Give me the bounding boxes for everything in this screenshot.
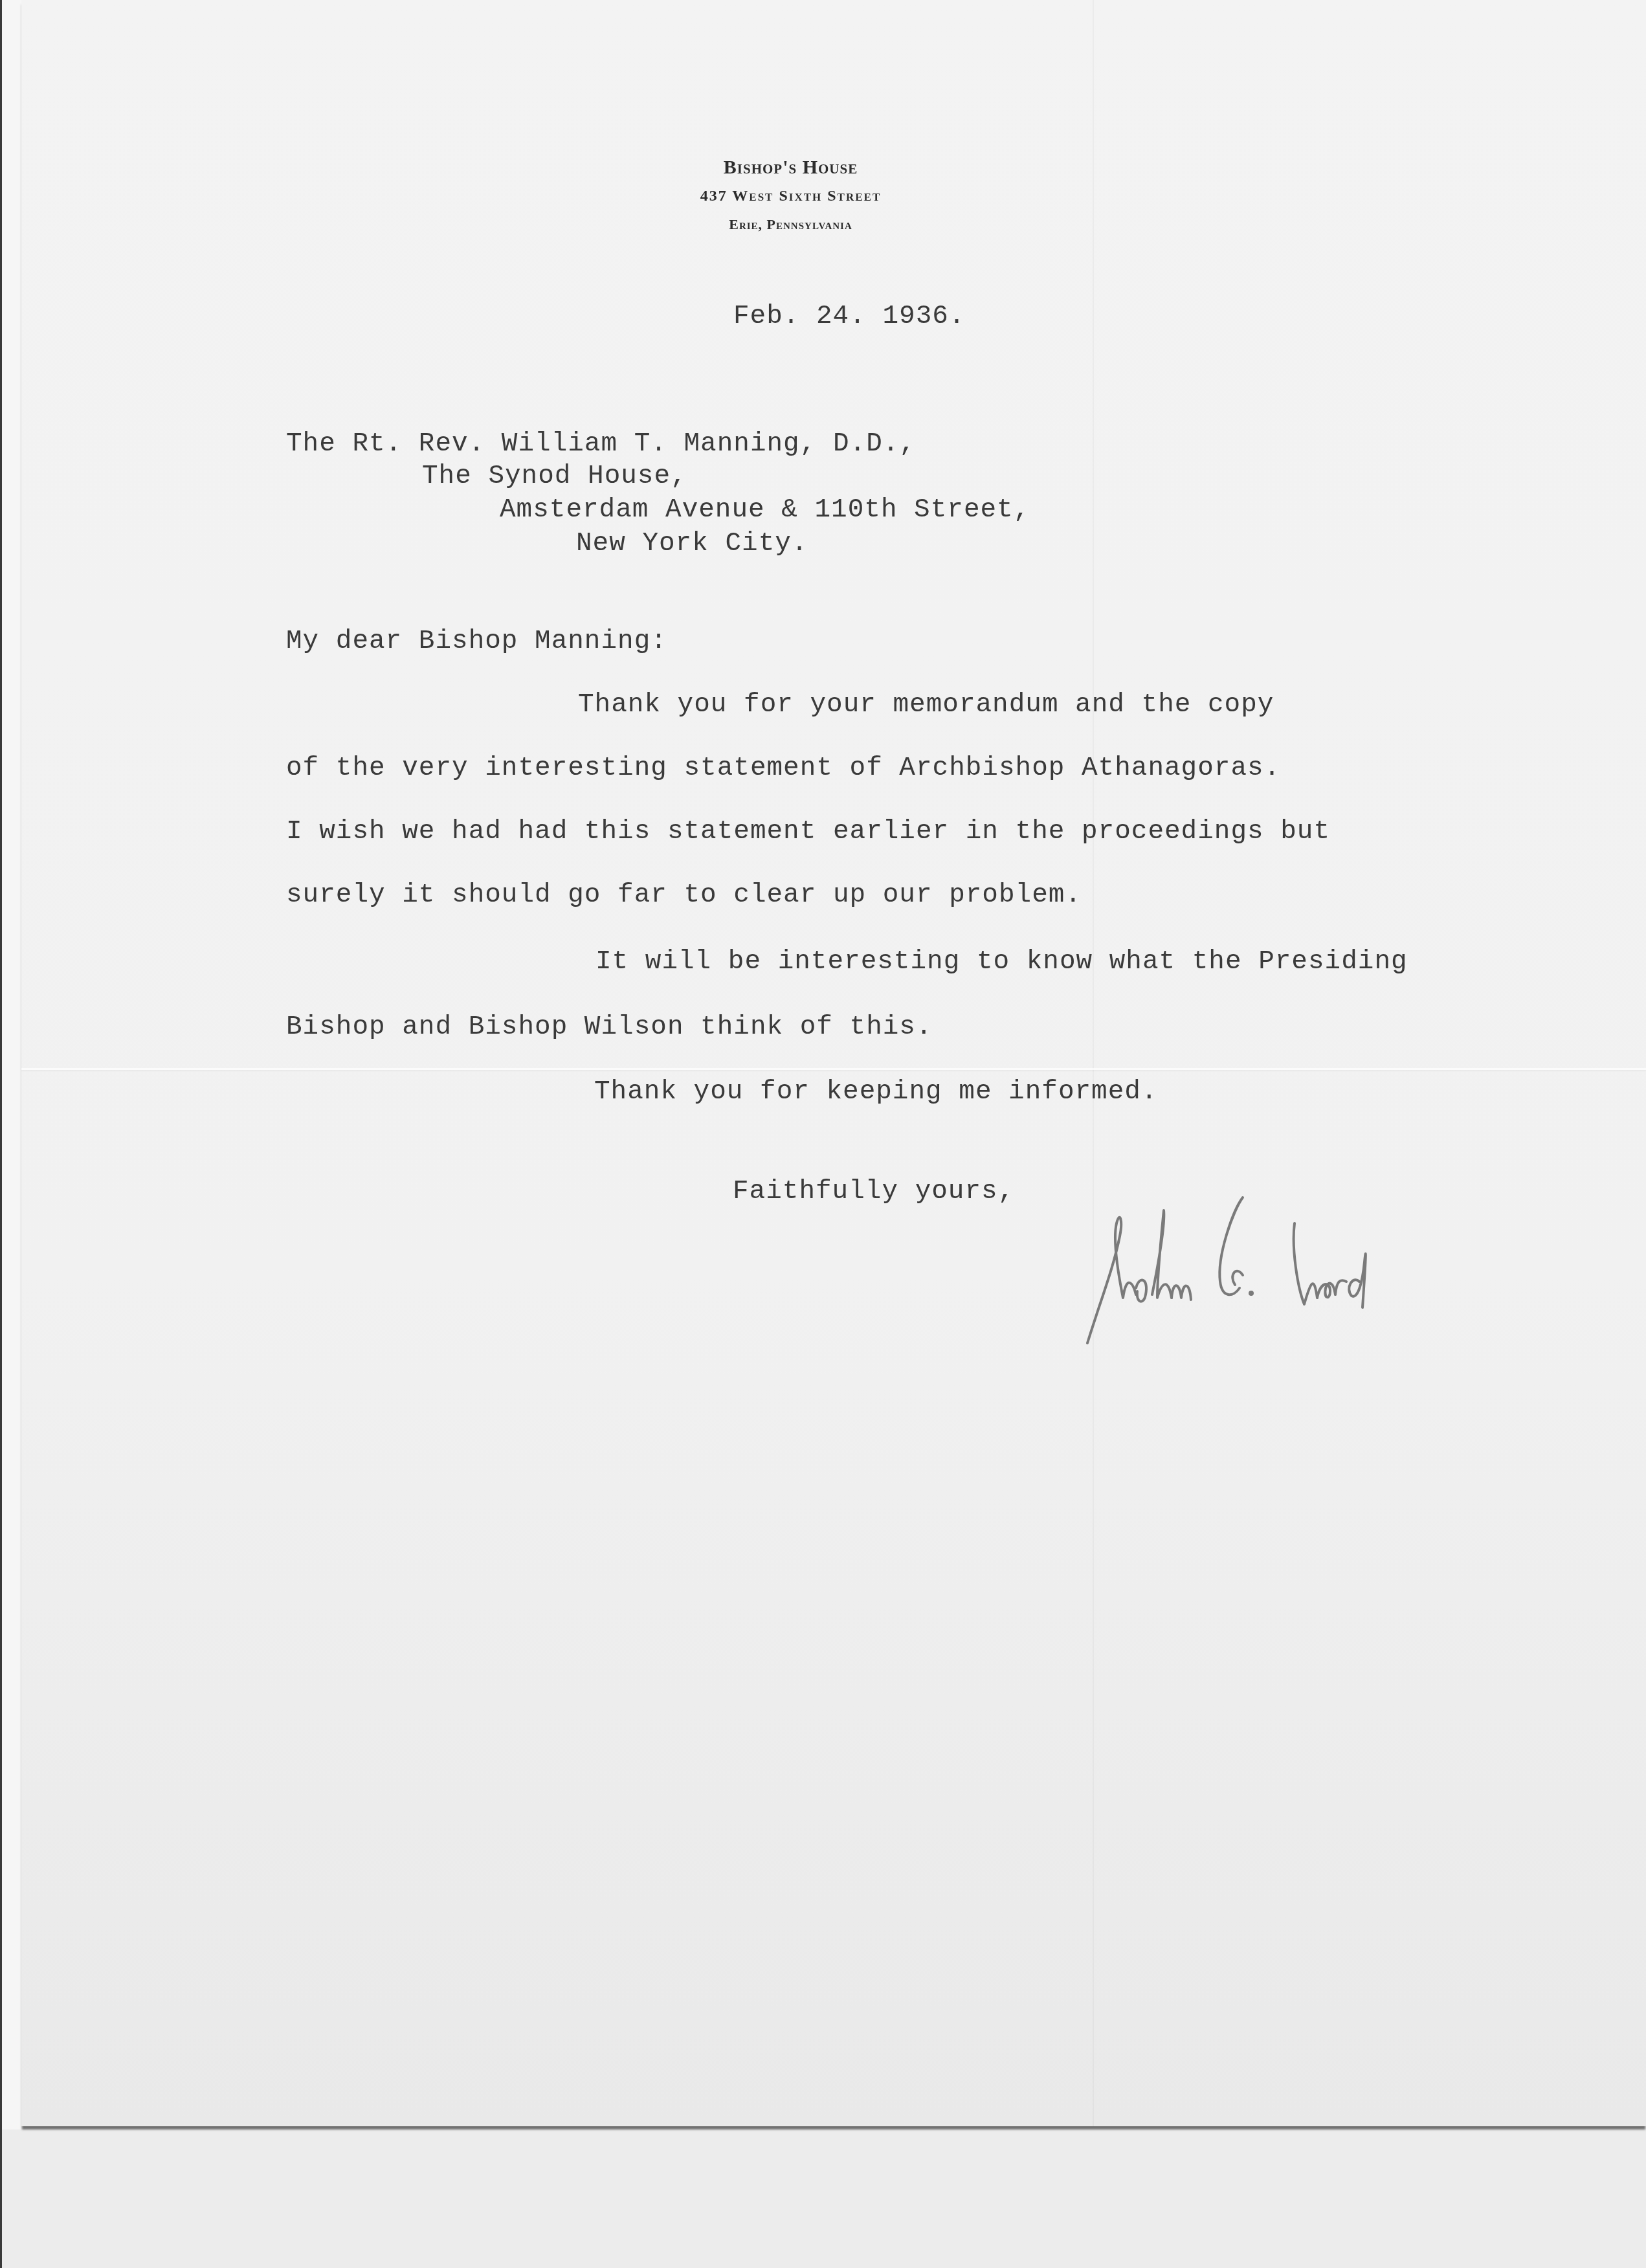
recipient-line-4: New York City. [576, 529, 808, 559]
scan-margin [2, 0, 21, 2129]
letterhead-city: Erie, Pennsylvania [0, 216, 1614, 233]
salutation: My dear Bishop Manning: [286, 627, 667, 656]
body-line: Thank you for keeping me informed. [594, 1077, 1158, 1107]
handwritten-signature [1074, 1184, 1489, 1359]
body-line: It will be interesting to know what the … [595, 947, 1408, 977]
closing: Faithfully yours, [733, 1177, 1014, 1206]
body-line: Bishop and Bishop Wilson think of this. [286, 1012, 933, 1042]
recipient-line-2: The Synod House, [422, 461, 687, 491]
recipient-line-3: Amsterdam Avenue & 110th Street, [500, 495, 1030, 525]
letterhead-street: 437 West Sixth Street [0, 188, 1614, 205]
body-line: surely it should go far to clear up our … [286, 880, 1082, 910]
fold-crease-horizontal [21, 1068, 1646, 1070]
body-line: I wish we had had this statement earlier… [286, 817, 1330, 847]
letterhead-name: Bishop's House [0, 157, 1614, 179]
body-line: of the very interesting statement of Arc… [286, 753, 1280, 783]
recipient-line-1: The Rt. Rev. William T. Manning, D.D., [286, 429, 916, 459]
fold-crease-vertical [1093, 0, 1094, 2126]
letter-date: Feb. 24. 1936. [733, 302, 965, 331]
body-line: Thank you for your memorandum and the co… [578, 690, 1274, 720]
